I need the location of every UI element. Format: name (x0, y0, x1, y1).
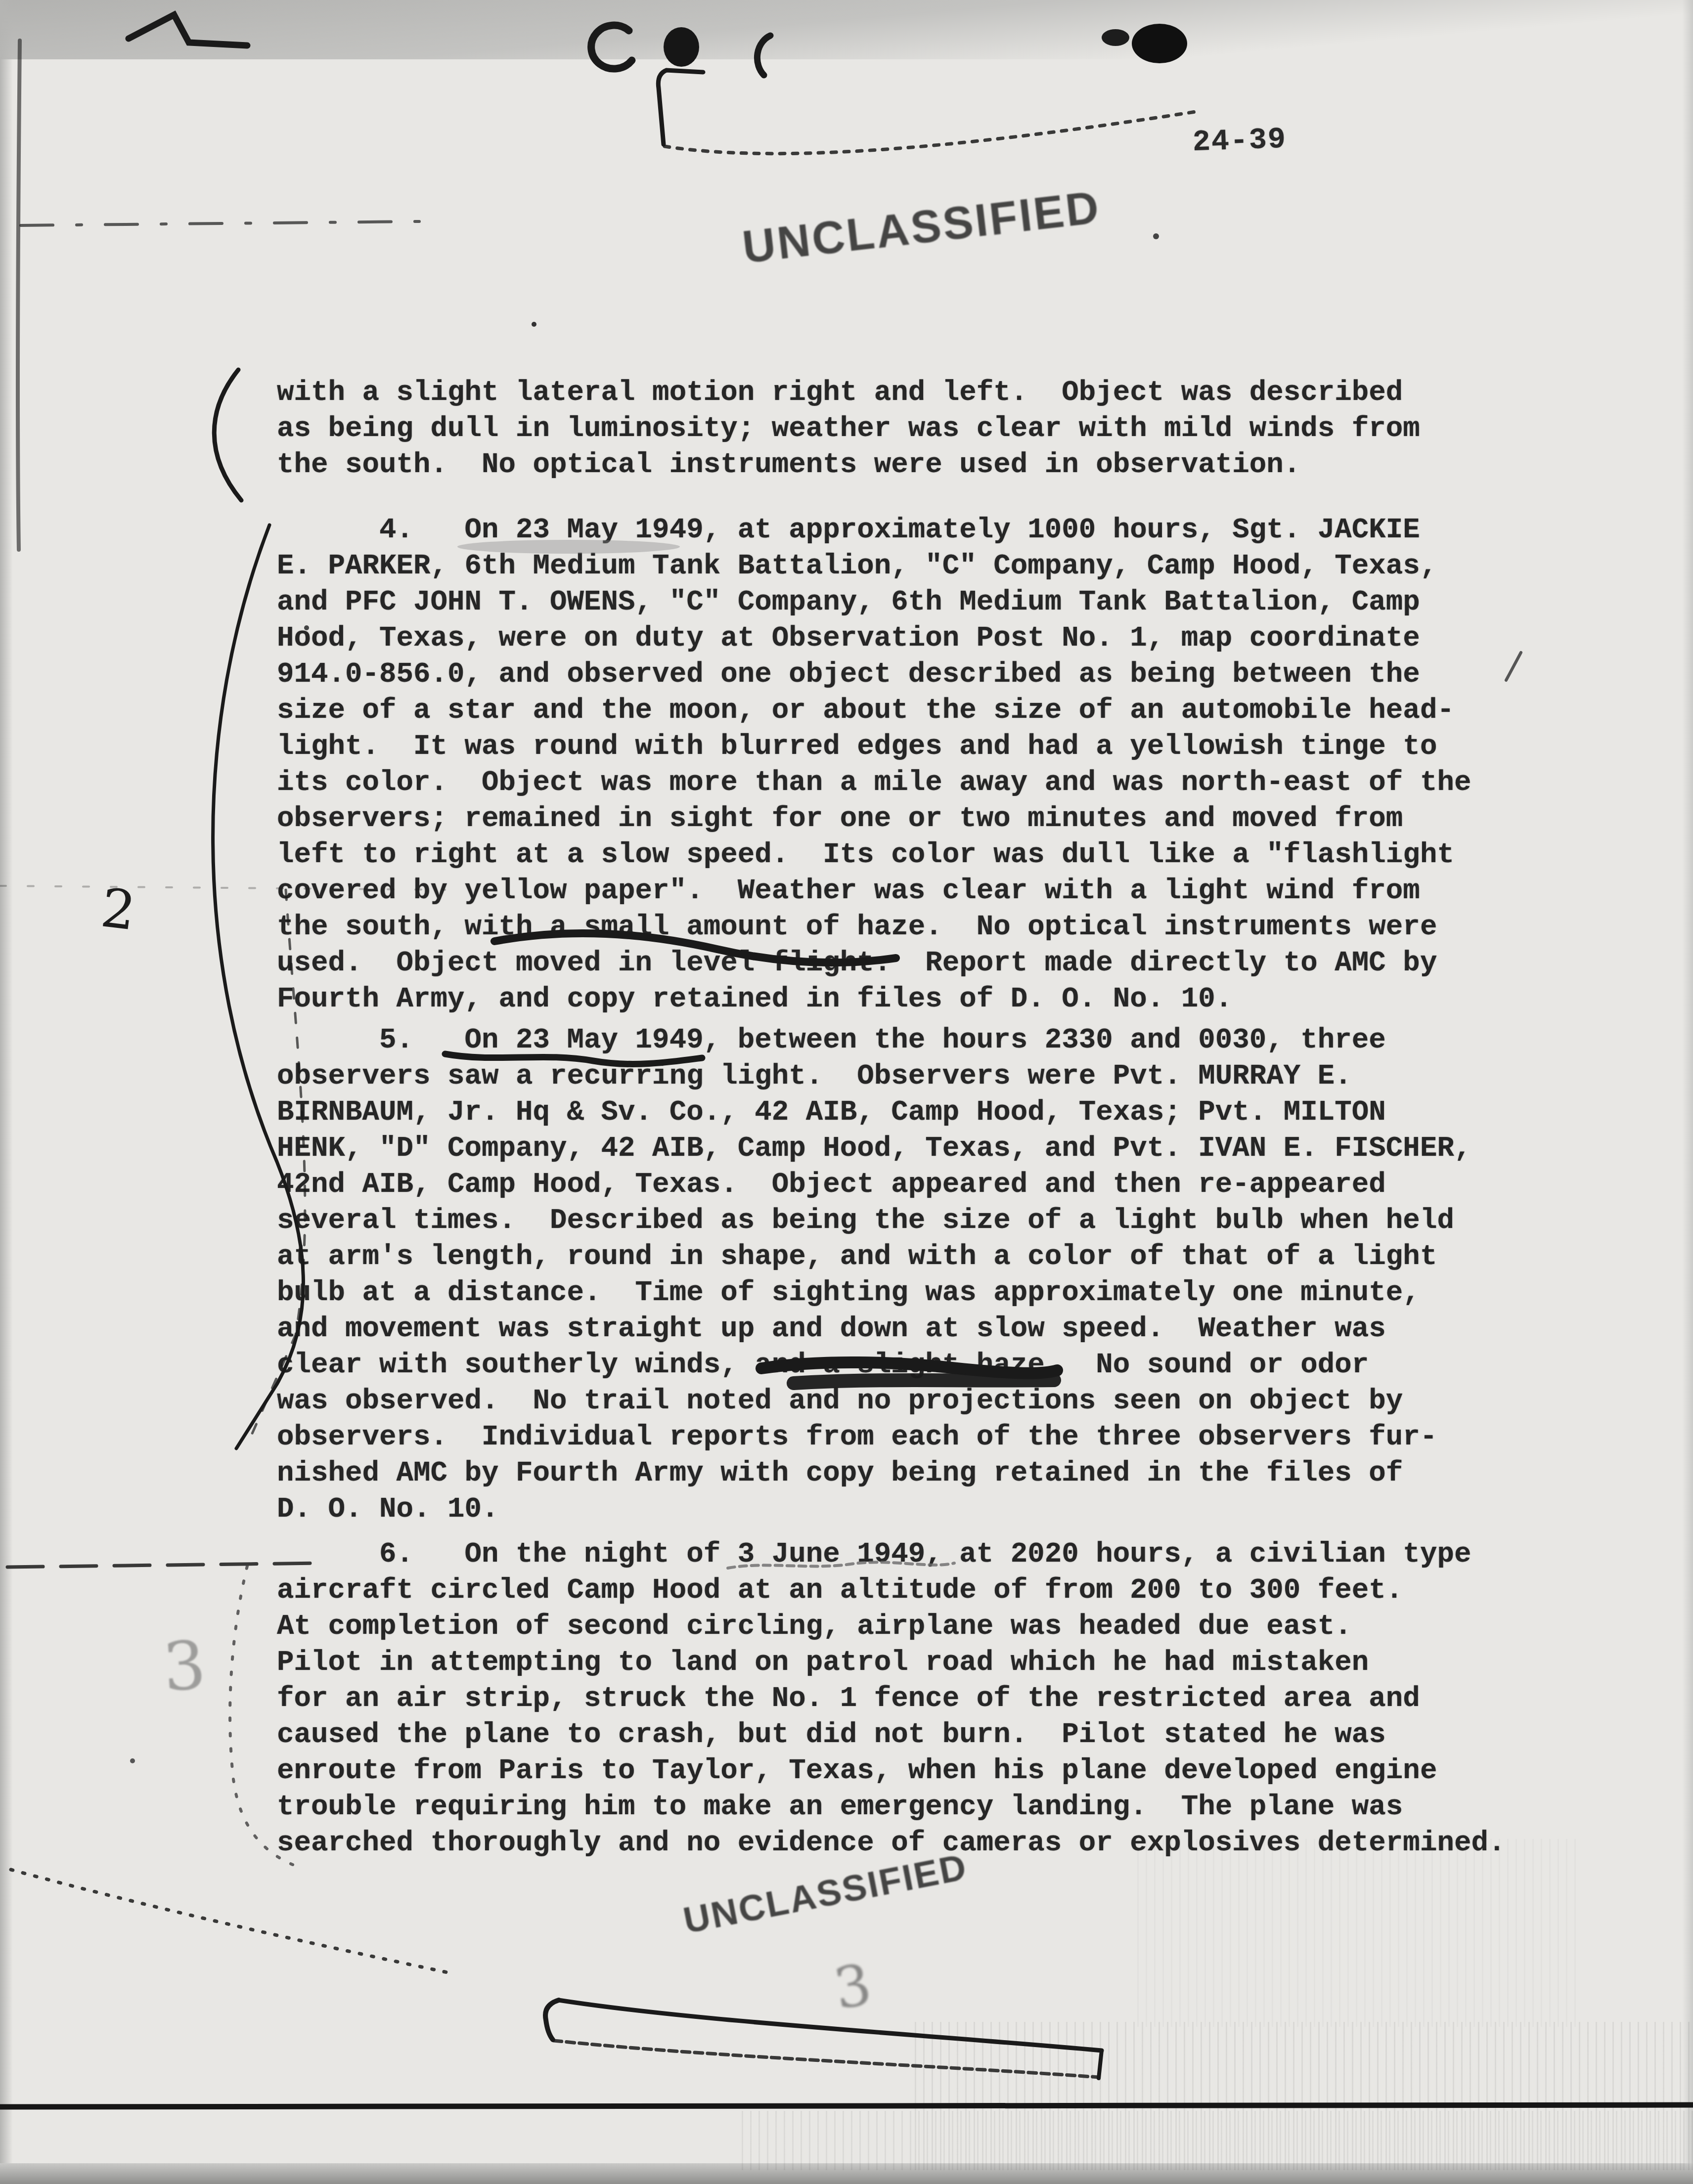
bottom-box-top-edge (559, 2000, 1102, 2051)
margin-line-dashed-companion (248, 890, 305, 1442)
bottom-box-left-edge (545, 2000, 559, 2040)
speck-4 (130, 1758, 135, 1763)
pencil-dash-row-mid (0, 886, 445, 890)
speck-slash-right (1506, 653, 1521, 680)
bottom-left-diagonal-line (11, 1870, 447, 1972)
speck-3 (304, 625, 309, 630)
speck-1 (532, 322, 536, 327)
top-crescent-mark-1 (591, 25, 632, 69)
heavy-underline-slight-haze-2 (794, 1380, 1054, 1383)
bottom-box-right-edge (1099, 2051, 1102, 2078)
margin-line-paragraphs-4-5 (213, 525, 304, 1448)
smudge-above-6th-medium (457, 540, 680, 554)
margin-brace-paragraph-3 (214, 370, 241, 500)
dashed-line-paragraph-6 (7, 1563, 319, 1567)
pencil-underline-3-june-1949 (728, 1562, 954, 1568)
bottom-box-bottom-edge (554, 2041, 1099, 2077)
speck-2 (1153, 233, 1159, 239)
top-left-zigzag-mark (129, 15, 247, 45)
top-box-left-edge (658, 70, 703, 144)
dashed-line-top-left (21, 221, 419, 225)
document-page: 24-39 UNCLASSIFIED with a slight lateral… (0, 0, 1693, 2184)
dotted-margin-curve-paragraph-6 (230, 1566, 293, 1865)
strike-level-flight (494, 933, 896, 963)
left-edge-line (18, 41, 20, 550)
top-ink-blob-2 (1102, 29, 1129, 46)
underline-on-23-may-1949 (445, 1054, 702, 1064)
top-ink-blob-3 (1132, 24, 1187, 63)
top-ink-blob-1 (664, 27, 699, 67)
annotation-marks-overlay (0, 0, 1693, 2184)
top-crescent-mark-2 (757, 36, 770, 75)
bottom-scan-line (0, 2105, 1693, 2107)
heavy-underline-slight-haze-1 (761, 1362, 1057, 1373)
top-box-dotted-edge (665, 112, 1196, 154)
